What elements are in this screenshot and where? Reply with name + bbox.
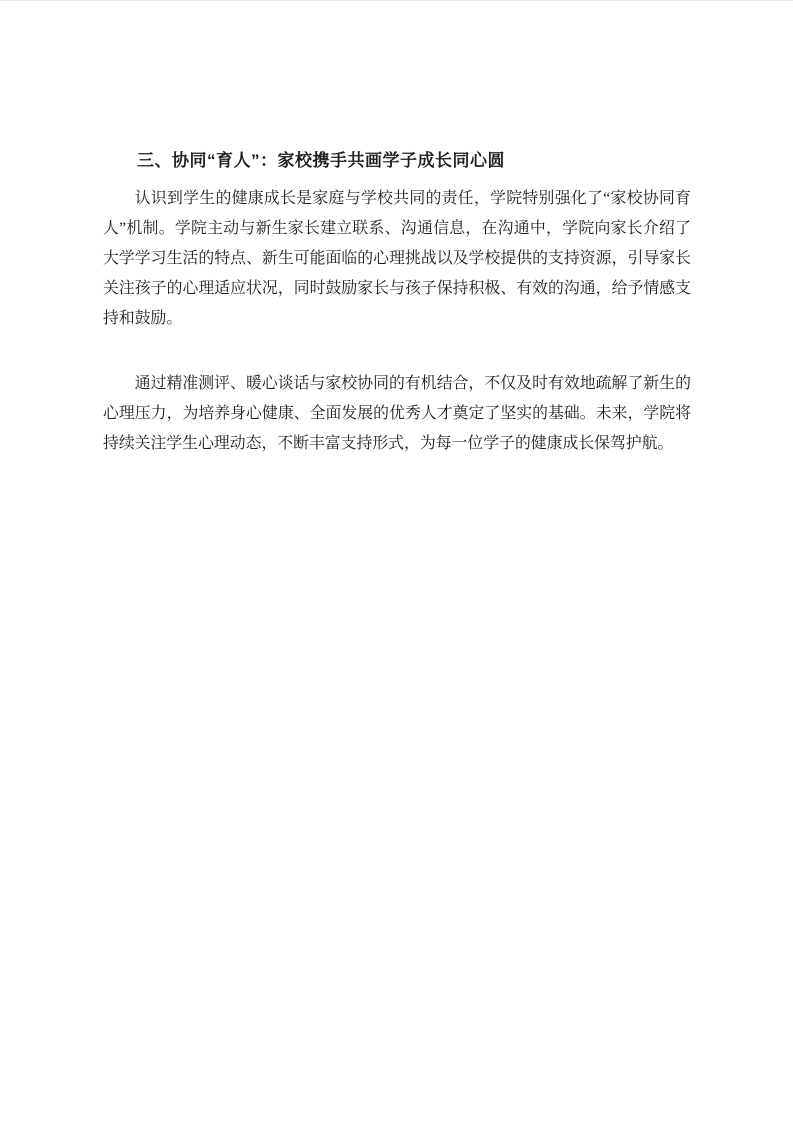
document-page: 三、协同“育人”：家校携手共画学子成长同心圆 认识到学生的健康成长是家庭与学校共… xyxy=(0,0,793,1122)
paragraph-family-school-cooperation: 认识到学生的健康成长是家庭与学校共同的责任，学院特别强化了“家校协同育人”机制。… xyxy=(103,184,691,334)
document-content: 三、协同“育人”：家校携手共画学子成长同心圆 认识到学生的健康成长是家庭与学校共… xyxy=(103,150,691,494)
paragraph-summary-outlook: 通过精准测评、暖心谈话与家校协同的有机结合，不仅及时有效地疏解了新生的心理压力，… xyxy=(103,369,691,459)
section-heading: 三、协同“育人”：家校携手共画学子成长同心圆 xyxy=(103,150,691,171)
